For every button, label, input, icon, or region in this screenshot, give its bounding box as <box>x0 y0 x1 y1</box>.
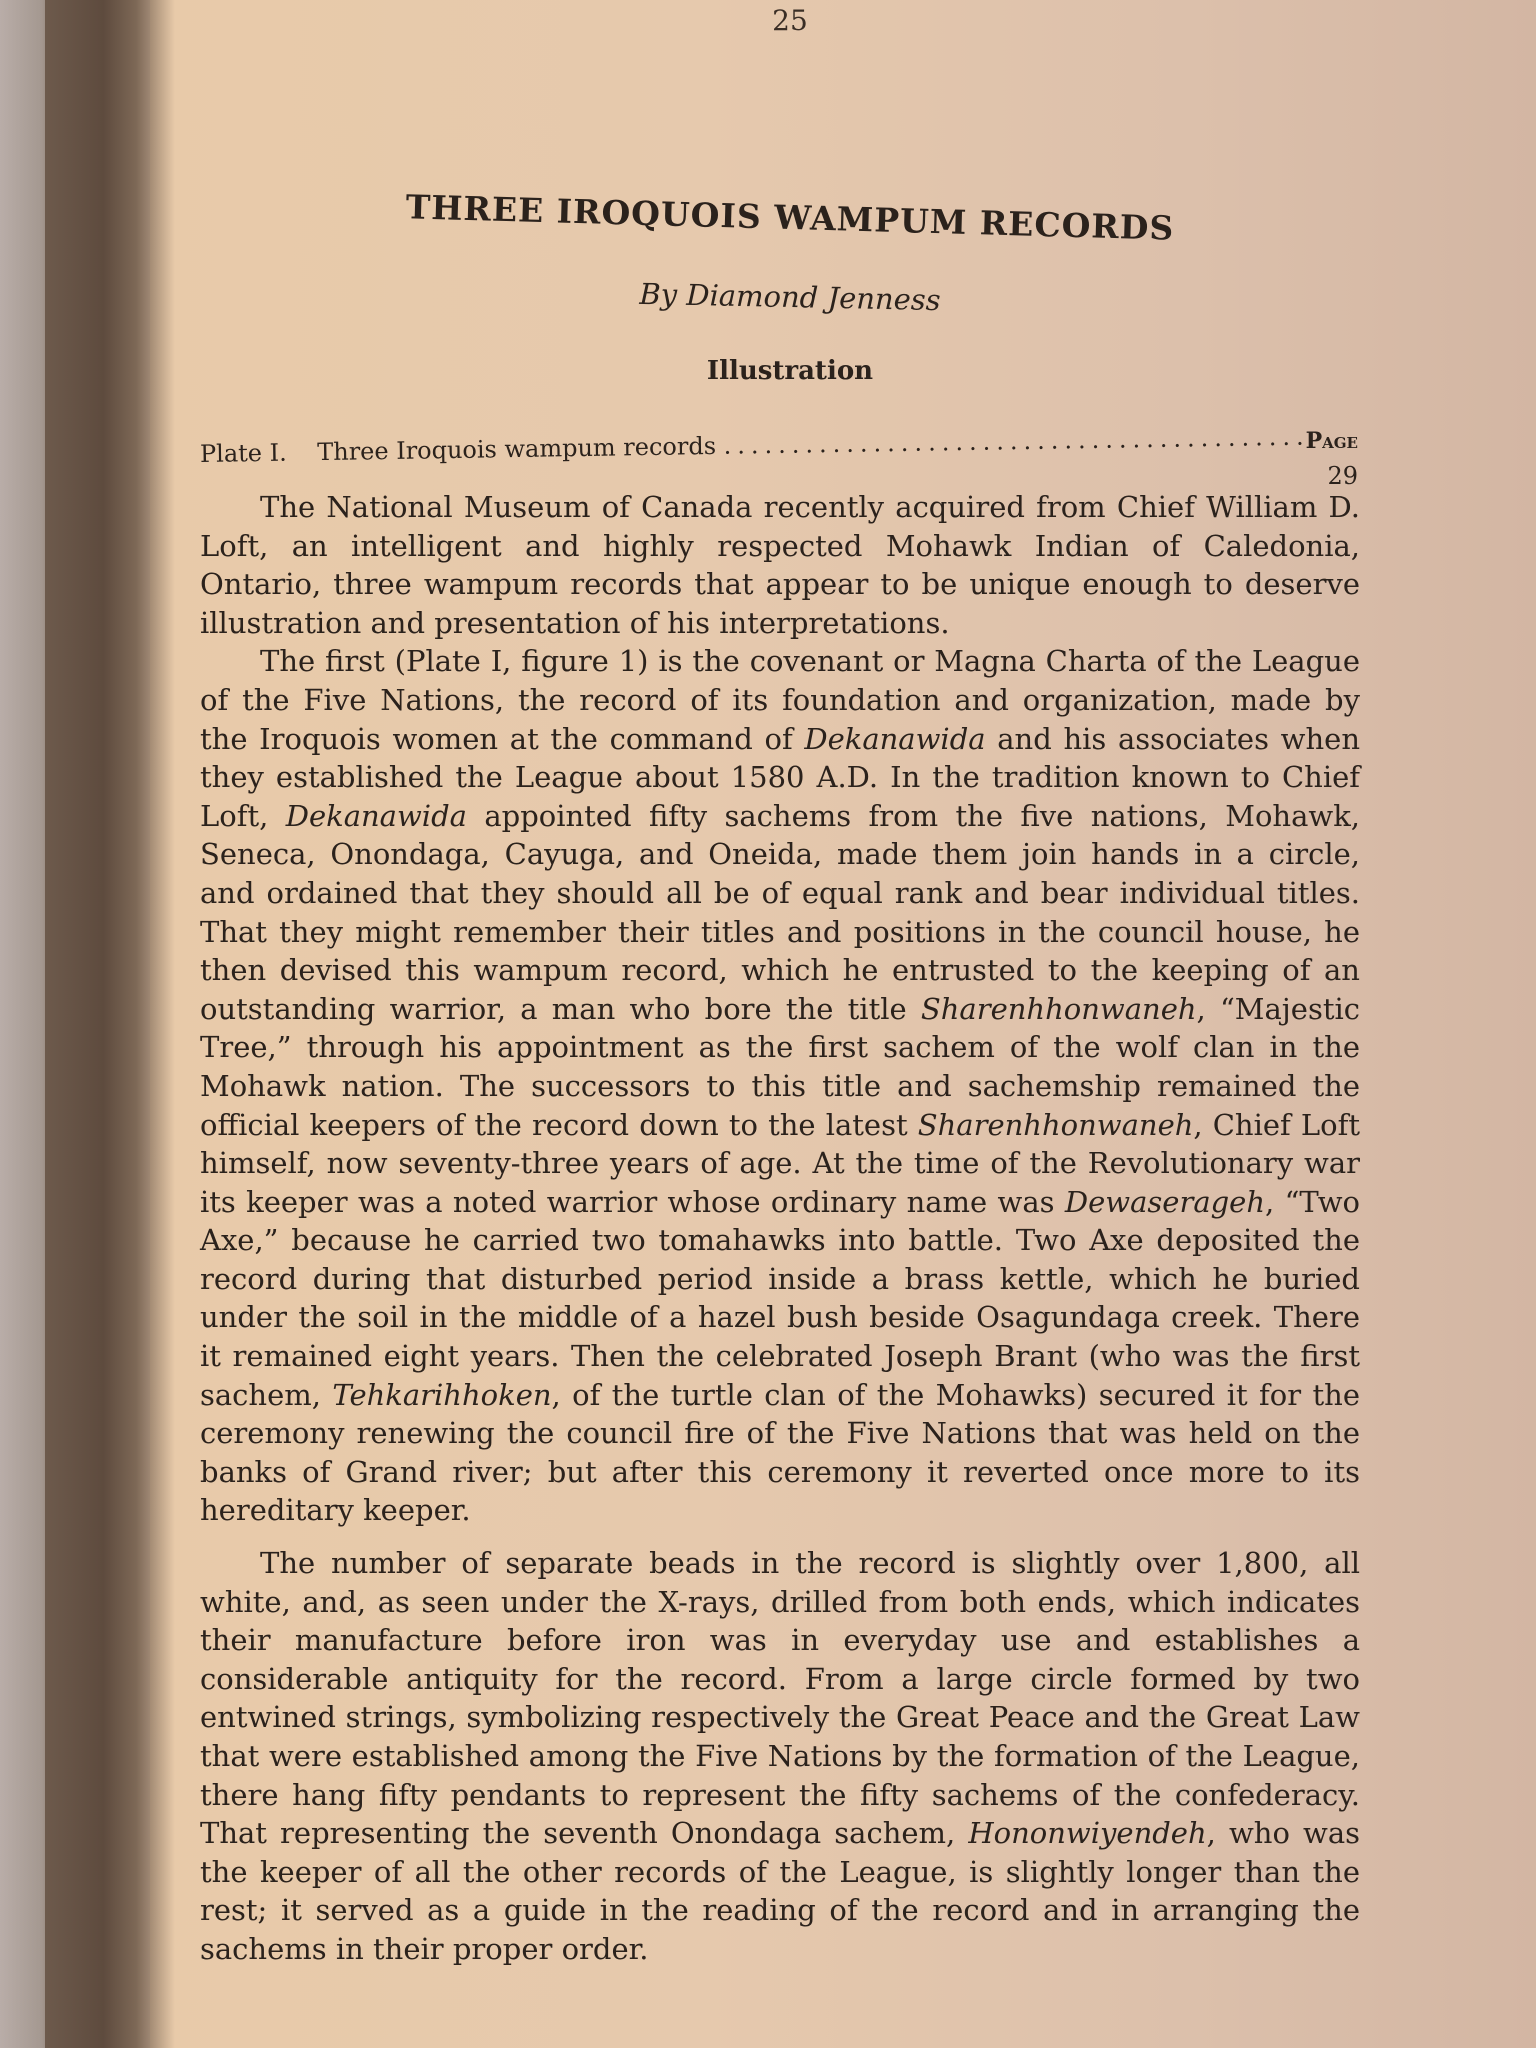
paragraph-1: The National Museum of Canada recently a… <box>200 488 1360 642</box>
italic-term: Sharenhhonwaneh <box>918 1108 1194 1142</box>
illustration-list: Page Plate I. Three Iroquois wampum reco… <box>200 430 1380 490</box>
italic-term: Dekanawida <box>804 722 985 756</box>
text-segment: The number of separate beads in the reco… <box>200 1546 1360 1850</box>
italic-term: Tehkarihhoken <box>332 1378 551 1412</box>
paragraph-2: The first (Plate I, figure 1) is the cov… <box>200 642 1360 1530</box>
toc-page-number: 29 <box>1327 462 1358 490</box>
toc-entry-title: Three Iroquois wampum records <box>317 432 716 466</box>
toc-plate-label: Plate I. <box>200 439 287 468</box>
text-segment: The National Museum of Canada recently a… <box>200 490 1360 640</box>
article-title: THREE IROQUOIS WAMPUM RECORDS <box>200 182 1381 254</box>
italic-term: Hononwiyendeh <box>968 1816 1206 1850</box>
toc-entry: Plate I. Three Iroquois wampum records .… <box>200 423 1310 468</box>
toc-page-column-label: Page <box>1306 428 1358 454</box>
book-page: 25 THREE IROQUOIS WAMPUM RECORDS By Diam… <box>150 0 1536 2048</box>
italic-term: Dewaserageh <box>1065 1185 1265 1219</box>
toc-dot-leader: ........................................… <box>723 423 1310 460</box>
italic-term: Dekanawida <box>286 799 467 833</box>
gutter-shadow <box>45 0 175 2048</box>
section-label-illustration: Illustration <box>200 356 1380 386</box>
italic-term: Sharenhhonwaneh <box>921 992 1197 1026</box>
byline: By Diamond Jenness <box>200 268 1380 327</box>
page-number: 25 <box>200 4 1380 37</box>
paragraph-3: The number of separate beads in the reco… <box>200 1544 1360 1969</box>
body-text: The National Museum of Canada recently a… <box>200 488 1360 1969</box>
